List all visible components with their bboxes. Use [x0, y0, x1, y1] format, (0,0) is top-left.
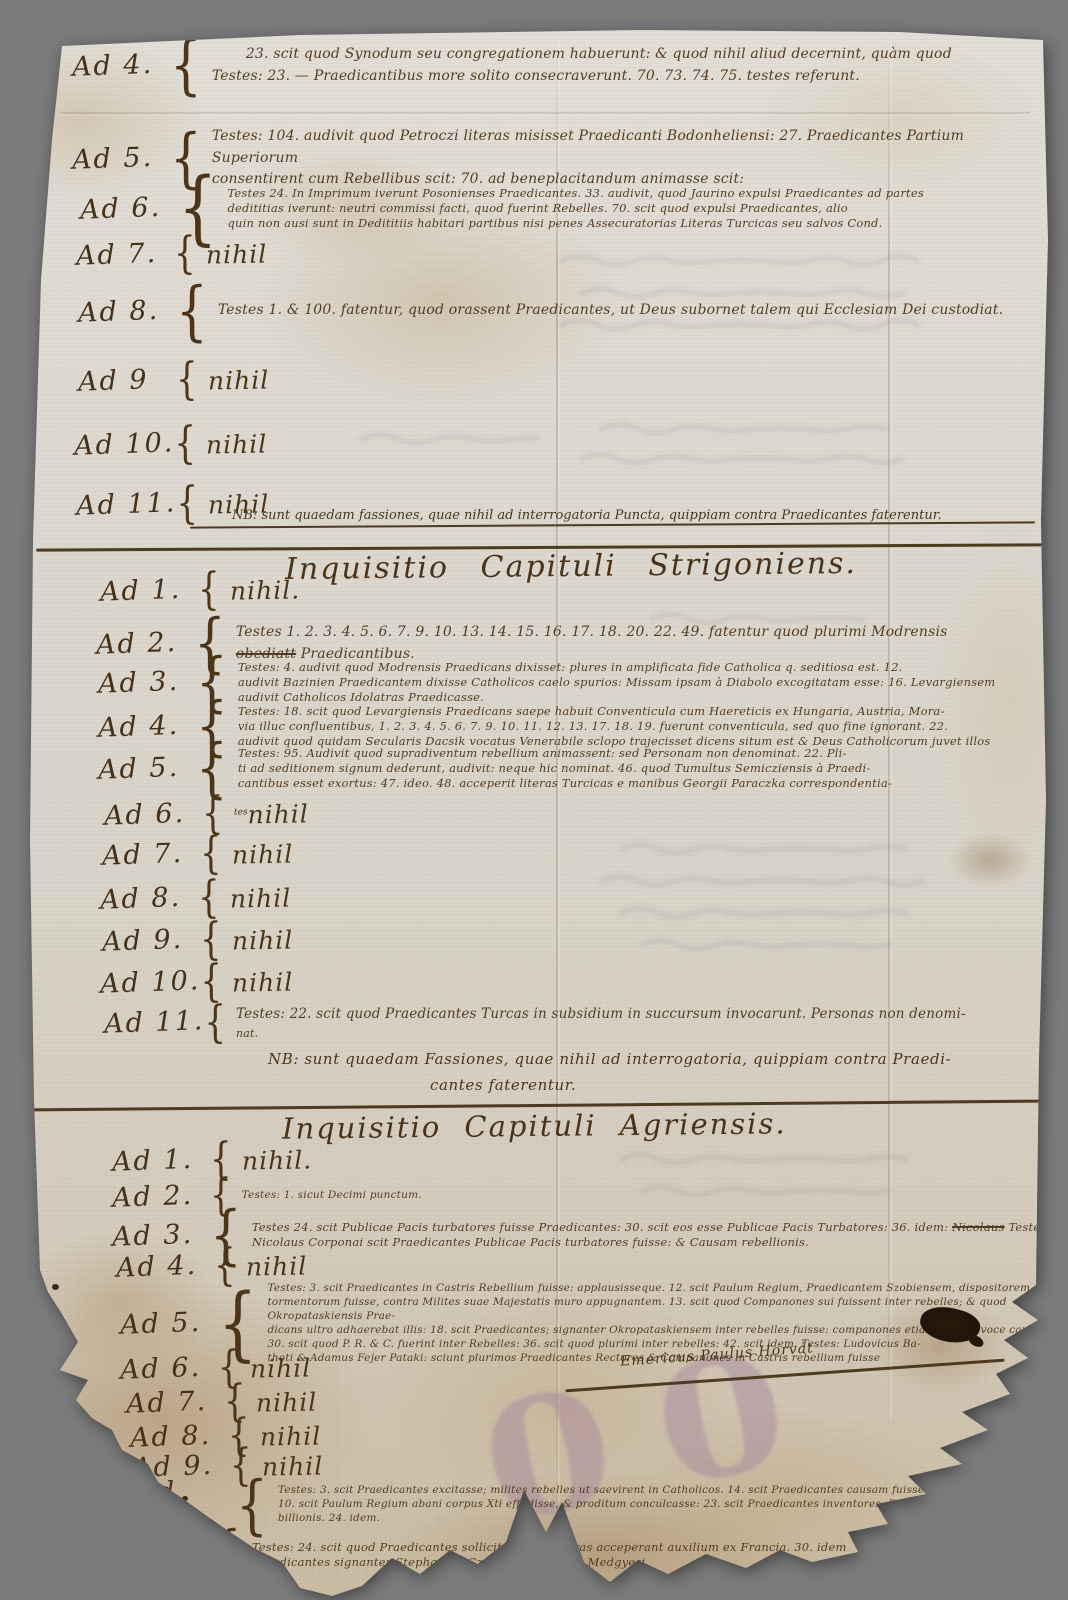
entry-s1-ad10: Ad 10. { nihil	[74, 430, 267, 459]
entry-s3-ad3: Ad 3. { Testes 24. scit Publicae Pacis t…	[112, 1214, 1068, 1257]
entry-s3-ad6: Ad 6. { nihil	[120, 1354, 311, 1383]
text-line: billionis. 24. idem.	[278, 1512, 1068, 1526]
entry-label: Ad 3.	[98, 667, 197, 697]
entry-s2-ad5: Ad 5. { Testes: 95. Audivit quod supradi…	[98, 746, 1058, 791]
text-line: cantibus esset exortus: 47. ideo. 48. ac…	[238, 776, 1058, 791]
text-line: Nicolaus Corponai scit Praedicantes Publ…	[252, 1235, 1068, 1250]
entry-s2-ad2: Ad 2. { Testes 1. 2. 3. 4. 5. 6. 7. 9. 1…	[96, 622, 1046, 665]
ink-speck	[182, 1496, 188, 1501]
entry-s2-ad4: Ad 4. { Testes: 18. scit quod Levargiens…	[98, 704, 1058, 749]
entry-s2-ad8: Ad 8. { nihil	[100, 884, 291, 913]
entry-s1-ad7: Ad 7. { nihil	[76, 240, 267, 269]
nihil-text: nihil	[205, 241, 267, 267]
manuscript-scan: 2 Ad 4. { 23. scit quod Synodum seu cong…	[0, 0, 1068, 1600]
text-line: Testes: 23. — Praedicantibus more solito…	[212, 66, 1012, 88]
entry-label: Ad 6.	[104, 799, 203, 829]
nihil-text: nihil	[259, 1423, 321, 1449]
entry-s3-ad7: Ad 7. { nihil	[126, 1388, 317, 1417]
entry-s3-ad8: Ad 8. { nihil	[130, 1422, 321, 1451]
text-line: Testes: 104. audivit quod Petroczi liter…	[212, 126, 1012, 169]
text-line: via illuc confluentibus, 1. 2. 3. 4. 5. …	[238, 719, 1058, 734]
entry-label: Ad 4.	[116, 1251, 215, 1281]
nihil-text: nihil	[207, 367, 269, 393]
entry-label: Ad 11.	[76, 489, 177, 519]
entry-label: Ad 7.	[76, 239, 175, 269]
nihil-text: nihil	[249, 1355, 311, 1381]
brace-glyph: {	[200, 964, 222, 1002]
text-line: Testes: 1. sicut Decimi punctum.	[242, 1189, 642, 1203]
nihil-word: nihil	[247, 799, 309, 829]
brace-glyph: {	[204, 1004, 226, 1042]
entry-label: Ad 1.	[100, 575, 199, 605]
nihil-text: nihil	[231, 927, 293, 953]
entry-label: Ad 3.	[112, 1220, 211, 1250]
brace-glyph: {	[174, 426, 196, 464]
text-line: Testes: 24. scit quod Praedicantes solli…	[252, 1540, 1032, 1555]
entry-s2-ad9: Ad 9. { nihil	[102, 926, 293, 955]
entry-label: Ad 5.	[72, 143, 171, 173]
text-line: dedititias iverunt: neutri commissi fact…	[227, 201, 1037, 216]
entry-label: Ad 9	[78, 365, 177, 395]
entry-s3-ad10: Ad 10. { Testes: 3. scit Praedicantes ex…	[136, 1478, 1068, 1532]
text-span: Testes 24. scit Publicae Pacis turbatore…	[252, 1220, 948, 1234]
text-line: audivit Catholicos Idolatras Praedicasse…	[238, 690, 1058, 705]
brace-glyph: {	[200, 836, 222, 874]
nota-bene-2-line1: NB: sunt quaedam Fassiones, quae nihil a…	[268, 1050, 988, 1070]
brace-glyph: {	[176, 284, 208, 339]
text-line: Testes: 95. Audivit quod supradiventum r…	[238, 746, 1058, 761]
entry-label: Ad 9.	[102, 925, 201, 955]
entry-label: Ad 8.	[130, 1421, 229, 1451]
brace-glyph: {	[176, 362, 198, 400]
entry-label: Ad 8.	[100, 883, 199, 913]
paper-shadow: 2 Ad 4. { 23. scit quod Synodum seu cong…	[0, 0, 1068, 1600]
manuscript-page: 2 Ad 4. { 23. scit quod Synodum seu cong…	[0, 0, 1068, 1600]
entry-s2-ad10: Ad 10. { nihil	[100, 968, 293, 997]
entry-s2-ad3: Ad 3. { Testes: 4. audivit quod Modrensi…	[98, 660, 1058, 705]
entry-label: Ad 8.	[78, 296, 177, 326]
entry-s2-ad1: Ad 1. { nihil.	[100, 576, 300, 605]
nihil-text: nihil	[232, 969, 294, 995]
brace-glyph: {	[200, 922, 222, 960]
ink-speck	[52, 1284, 59, 1290]
section-heading-agriensis: Inquisitio Capituli Agriensis.	[282, 1109, 787, 1143]
text-line: Testes: 4. audivit quod Modrensis Praedi…	[238, 660, 1058, 675]
text-line: Testes 24. scit Publicae Pacis turbatore…	[252, 1220, 1068, 1235]
entry-label: Ad 5.	[98, 753, 197, 783]
text-line: 23. scit quod Synodum seu congregationem…	[212, 44, 1012, 66]
text-line: Testes: 22. scit quod Praedicantes Turca…	[236, 1004, 1056, 1025]
text-after-struck: Testes	[1008, 1220, 1046, 1234]
entry-s1-ad4: Ad 4. { 23. scit quod Synodum seu congre…	[72, 44, 1012, 87]
entry-label: Ad 5.	[120, 1309, 219, 1339]
text-line: audivit Bazinien Praedicantem dixisse Ca…	[238, 675, 1058, 690]
entry-label: Ad 7.	[102, 839, 201, 869]
text-line: 10. scit Paulum Regium abani corpus Xti …	[278, 1498, 1068, 1512]
text-line: nat.	[236, 1025, 1056, 1042]
entry-label: Ad 7.	[126, 1387, 225, 1417]
entry-s1-ad8: Ad 8. { Testes 1. & 100. fatentur, quod …	[78, 290, 1028, 333]
text-line: quin non ausi sunt in Dedititiis habitar…	[227, 216, 1037, 231]
entry-s3-ad4: Ad 4. { nihil	[116, 1252, 307, 1281]
brace-glyph: {	[176, 486, 198, 524]
text-line: Testes: 3. scit Praedicantes excitasse; …	[278, 1484, 1068, 1498]
entry-s1-ad6: Ad 6. { Testes 24. In Imprimum iverunt P…	[80, 182, 1037, 235]
entry-label: Ad 11.	[104, 1008, 205, 1038]
nihil-text: nihil	[206, 431, 268, 457]
entry-label: Ad 10.	[100, 967, 201, 997]
nihil-text: nihil	[229, 885, 291, 911]
nihil-text: nihil	[261, 1453, 323, 1479]
entry-label: Ad 4.	[98, 711, 197, 741]
text-line: Testes: 3. scit Praedicantes in Castris …	[267, 1282, 1068, 1296]
section-heading-strigoniens: Inquisitio Capituli Strigoniens.	[285, 549, 857, 585]
entry-label: Ad 1.	[112, 1145, 211, 1175]
entry-s3-final-fragment: { Testes: 24. scit quod Praedicantes sol…	[210, 1534, 1032, 1577]
entry-label: Ad 6.	[80, 193, 179, 223]
text-line: ti ad seditionem signum dederunt, audivi…	[238, 761, 1058, 776]
nihil-text: nihil.	[229, 577, 300, 603]
text-line: Testes 1. & 100. fatentur, quod orassent…	[218, 300, 1028, 322]
nota-bene-2-line2: cantes faterentur.	[430, 1076, 730, 1096]
entry-label: Ad 10.	[74, 429, 175, 459]
brace-glyph: {	[198, 880, 220, 918]
ink-speck	[992, 1432, 1000, 1439]
brace-glyph: {	[210, 1528, 242, 1583]
brace-glyph: {	[198, 572, 220, 610]
nihil-text: nihil	[255, 1389, 317, 1415]
entry-s3-ad2: Ad 2. { Testes: 1. sicut Decimi punctum.	[112, 1182, 642, 1211]
page-number: 2	[34, 43, 53, 70]
text-line: Testes: 18. scit quod Levargiensis Praed…	[238, 704, 1058, 719]
brace-glyph: {	[174, 236, 196, 274]
entry-s2-ad6: Ad 6. { tesnihil	[104, 800, 308, 829]
nihil-text: nihil.	[241, 1147, 312, 1173]
entry-label: Ad 2.	[96, 628, 195, 658]
entry-s2-ad11: Ad 11. { Testes: 22. scit quod Praedican…	[104, 1004, 1056, 1042]
text-line: Praedicantes signanter Stephanum Czegléd…	[252, 1555, 1032, 1570]
brace-glyph: {	[170, 38, 202, 93]
superscript-correction: tes	[234, 807, 248, 817]
entry-s1-ad9: Ad 9 { nihil	[78, 366, 269, 395]
text-line: Testes 24. In Imprimum iverunt Posoniens…	[227, 186, 1037, 201]
entry-label: Ad 4.	[72, 50, 171, 80]
struck-word: Nicolaus	[952, 1220, 1005, 1234]
entry-label: Ad 6.	[120, 1353, 219, 1383]
entry-s2-ad7: Ad 7. { nihil	[102, 840, 293, 869]
entry-label: Ad 2.	[112, 1181, 211, 1211]
text-line: Testes 1. 2. 3. 4. 5. 6. 7. 9. 10. 13. 1…	[236, 622, 1046, 644]
nihil-text: tesnihil	[233, 801, 308, 827]
nihil-text: nihil	[231, 841, 293, 867]
